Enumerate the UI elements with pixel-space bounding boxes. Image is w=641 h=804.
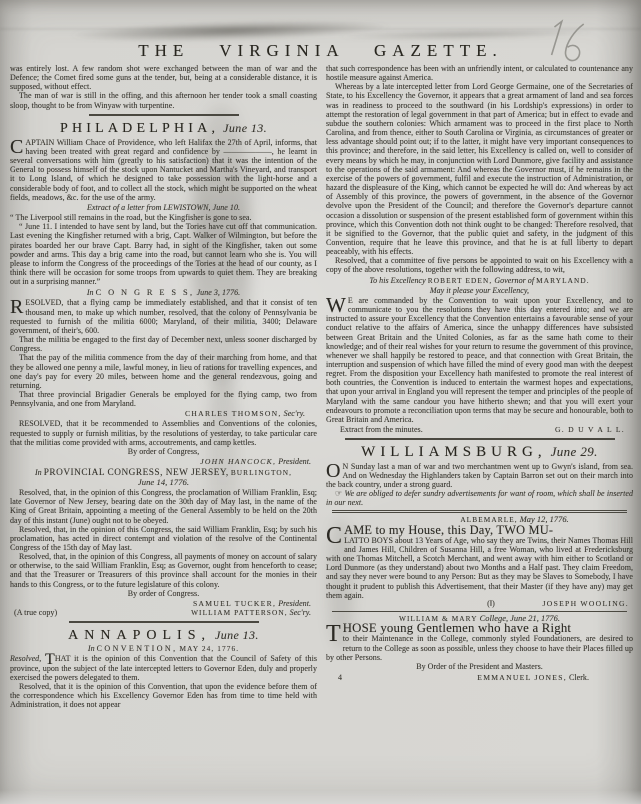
dateline-date: June 13. <box>223 121 267 135</box>
signature-wooling: JOSEPH WOOLING. <box>495 599 633 608</box>
drop-cap: O <box>326 462 342 480</box>
new-jersey-heading-date: June 14, 1776. <box>10 478 317 487</box>
signature-mark: (‖) <box>487 599 495 608</box>
by-order-line-nj: By order of Congress. <box>10 589 317 598</box>
signature-duvall: G. D U V A L L. <box>555 425 625 434</box>
double-rule-bottom <box>332 512 627 513</box>
extract-label: Extract from the minutes. <box>340 425 423 434</box>
ad-headline: AME to my House, this Day, TWO MU- <box>344 523 553 537</box>
newspaper-page: THE VIRGINIA GAZETTE. was entirely lost.… <box>0 0 641 804</box>
congress-name: C O N G R E S S, <box>96 288 195 297</box>
drop-cap: T <box>326 624 343 644</box>
left-column: was entirely lost. A few random shot wer… <box>10 64 317 710</box>
paragraph-militia-pay: That the pay of the militia commence fro… <box>10 353 317 390</box>
paragraph-brigadier: That three provincial Brigadier Generals… <box>10 390 317 408</box>
section-divider <box>345 438 615 439</box>
page-bottom-edge <box>0 790 641 804</box>
pointing-hand-icon: ☞ <box>335 489 342 498</box>
paragraph-militia-engaged: That the militia be engaged to the first… <box>10 335 317 353</box>
wooling-signature-row: (‖) JOSEPH WOOLING. <box>326 599 633 608</box>
salutation: May it please your Excellency, <box>326 286 633 295</box>
williamsburg-heading: WILLIAMSBURG, June 29. <box>326 443 633 461</box>
annapolis-heading: ANNAPOLIS, June 13. <box>10 626 317 644</box>
signature-patterson-row: (A true copy) WILLIAM PATTERSON, Sec'ry. <box>10 608 317 617</box>
right-column: that such correspondence has been with a… <box>326 64 633 682</box>
paragraph-sunday-man-of-war: ON Sunday last a man of war and two merc… <box>326 462 633 489</box>
signature-tucker: SAMUEL TUCKER, President. <box>10 599 317 608</box>
ad-college: THOSE young Gentlemen who have a Right t… <box>326 624 633 662</box>
address-to-eden: To his Excellency ROBERT EDEN, Governor … <box>326 276 633 285</box>
signature-jones: EMMANUEL JONES, Clerk. <box>477 673 631 682</box>
ad-albemarle: CAME to my House, this Day, TWO MU- LATT… <box>326 526 633 600</box>
paragraph-whereas: Whereas by a late intercepted letter fro… <box>326 82 633 256</box>
masthead-title: THE VIRGINIA GAZETTE. <box>0 41 641 61</box>
by-order-college: By Order of the President and Masters. <box>326 662 633 671</box>
by-order-line: By order of Congress, <box>10 447 317 456</box>
paragraph-shipwreck: was entirely lost. A few random shot wer… <box>10 64 317 91</box>
philadelphia-heading: PHILADELPHIA, June 13. <box>10 119 317 137</box>
paragraph-recommend: RESOLVED, that it be recommended to Asse… <box>10 419 317 446</box>
paragraph-annapolis-resolved2: Resolved, that it is the opinion of this… <box>10 682 317 709</box>
congress-date: June 3, 1776. <box>197 288 241 297</box>
page-number: 4 <box>338 673 342 682</box>
section-divider <box>332 611 627 612</box>
paragraph-nj-3: Resolved, that, in the opinion of this C… <box>10 552 317 589</box>
paragraph-flying-camp: RESOLVED, that a flying camp be immediat… <box>10 298 317 335</box>
signature-patterson: WILLIAM PATTERSON, Sec'ry. <box>191 608 311 617</box>
advertisements-notice: ☞ We are obliged to defer sundry adverti… <box>326 489 633 507</box>
paragraph-nj-1: Resolved, that, in the opinion of this C… <box>10 488 317 525</box>
paragraph-man-of-war: The man of war is still in the offing, a… <box>10 91 317 109</box>
paragraph-captain-chace: CAPTAIN William Chace of Providence, who… <box>10 138 317 202</box>
signature-thomson: CHARLES THOMSON, Sec'ry. <box>10 409 317 418</box>
section-divider <box>69 621 259 622</box>
drop-cap: C <box>10 138 25 156</box>
congress-heading: In C O N G R E S S, June 3, 1776. <box>10 288 317 297</box>
double-rule-top <box>332 510 627 511</box>
drop-cap: W <box>326 296 348 314</box>
signature-hancock: JOHN HANCOCK, President. <box>10 457 317 466</box>
annapolis-convention-line: In CONVENTION, MAY 24, 1776. <box>10 644 317 653</box>
ad-headline: HOSE young Gentlemen who have a Right <box>343 621 571 635</box>
dateline-city: PHILADELPHIA, <box>60 121 219 136</box>
extract-signature-row: Extract from the minutes. G. D U V A L L… <box>326 424 633 434</box>
paragraph-june11: “ June 11. I intended to have sent by la… <box>10 222 317 286</box>
paragraph-nj-2: Resolved, that, in the opinion of this C… <box>10 525 317 552</box>
lewistown-extract-line: Extract of a letter from LEWISTOWN, June… <box>10 203 317 212</box>
drop-cap: C <box>326 526 344 546</box>
paragraph-liverpool: “ The Liverpool still remains in the roa… <box>10 213 317 222</box>
paragraph-we-are-commanded: WE are commanded by the Convention to wa… <box>326 296 633 424</box>
section-divider <box>89 114 239 116</box>
paragraph-committee: Resolved, that a committee of five perso… <box>326 256 633 274</box>
paragraph-correspondence: that such correspondence has been with a… <box>326 64 633 82</box>
paragraph-annapolis-resolved1: Resolved, THAT it is the opinion of this… <box>10 654 317 682</box>
true-copy-note: (A true copy) <box>14 608 57 617</box>
drop-cap: R <box>10 298 25 316</box>
jones-signature-row: 4 EMMANUEL JONES, Clerk. <box>326 672 633 682</box>
